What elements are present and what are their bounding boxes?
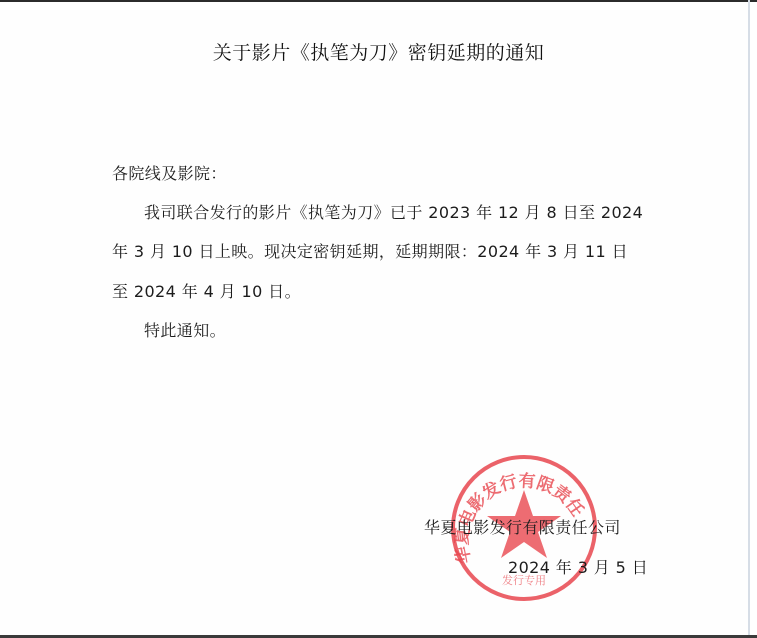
issue-date: 2024 年 3 月 5 日 <box>508 555 648 578</box>
scrollbar-edge[interactable] <box>748 0 750 636</box>
document-title: 关于影片《执笔为刀》密钥延期的通知 <box>0 38 757 65</box>
document-page <box>0 2 748 635</box>
closing-remark: 特此通知。 <box>144 318 226 341</box>
paragraph-line-2: 年 3 月 10 日上映。现决定密钥延期，延期期限：2024 年 3 月 11 … <box>112 239 628 262</box>
paragraph-line-3: 至 2024 年 4 月 10 日。 <box>112 279 301 302</box>
salutation: 各院线及影院： <box>112 161 227 184</box>
signer-company: 华夏电影发行有限责任公司 <box>424 515 621 538</box>
paragraph-line-1: 我司联合发行的影片《执笔为刀》已于 2023 年 12 月 8 日至 2024 <box>144 200 643 223</box>
